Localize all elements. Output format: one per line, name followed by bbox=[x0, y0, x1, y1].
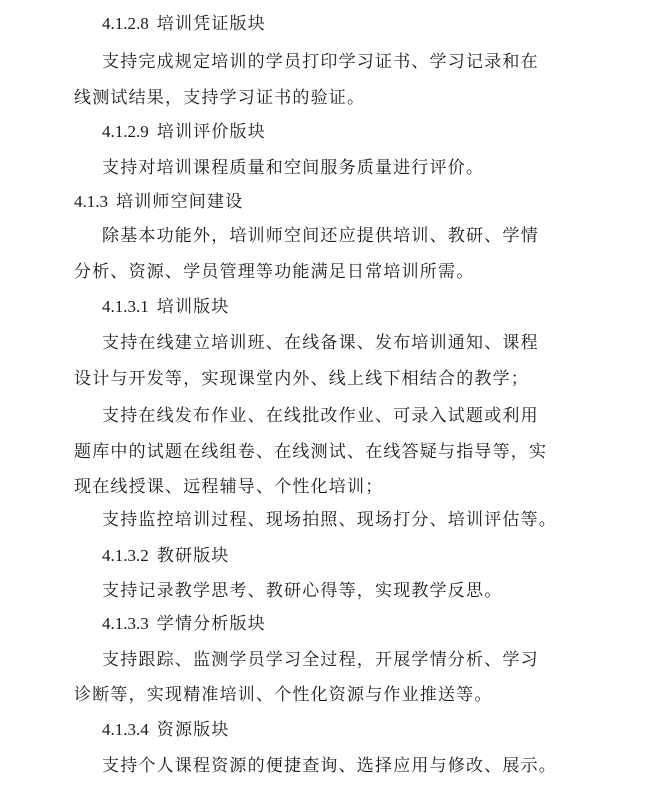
section-heading-4-1-3-4: 4.1.3.4资源版块 bbox=[102, 720, 230, 740]
document-page: 4.1.2.8培训凭证版块 支持完成规定培训的学员打印学习证书、学习记录和在 线… bbox=[0, 0, 655, 786]
paragraph-line: 支持对培训课程质量和空间服务质量进行评价。 bbox=[102, 158, 484, 178]
paragraph-line: 支持在线建立培训班、在线备课、发布培训通知、课程 bbox=[102, 333, 539, 353]
paragraph-line: 现在线授课、远程辅导、个性化培训； bbox=[74, 477, 383, 497]
paragraph-line: 诊断等，实现精准培训、个性化资源与作业推送等。 bbox=[74, 685, 493, 705]
paragraph-line: 支持监控培训过程、现场拍照、现场打分、培训评估等。 bbox=[102, 510, 557, 530]
section-title: 教研版块 bbox=[157, 546, 230, 566]
section-title: 培训版块 bbox=[157, 297, 230, 317]
section-number: 4.1.2.8 bbox=[102, 14, 149, 33]
section-title: 培训凭证版块 bbox=[157, 14, 266, 34]
section-title: 资源版块 bbox=[157, 720, 230, 740]
paragraph-line: 设计与开发等，实现课堂内外、线上线下相结合的教学； bbox=[74, 369, 529, 389]
section-heading-4-1-2-9: 4.1.2.9培训评价版块 bbox=[102, 122, 266, 142]
section-number: 4.1.3.4 bbox=[102, 720, 149, 739]
paragraph-line: 支持跟踪、监测学员学习全过程，开展学情分析、学习 bbox=[102, 650, 539, 670]
section-heading-4-1-2-8: 4.1.2.8培训凭证版块 bbox=[102, 14, 266, 34]
section-title: 培训评价版块 bbox=[157, 122, 266, 142]
paragraph-line: 分析、资源、学员管理等功能满足日常培训所需。 bbox=[74, 262, 474, 282]
paragraph-line: 支持在线发布作业、在线批改作业、可录入试题或利用 bbox=[102, 406, 539, 426]
section-title: 学情分析版块 bbox=[157, 614, 266, 634]
paragraph-line: 题库中的试题在线组卷、在线测试、在线答疑与指导等，实 bbox=[74, 442, 547, 462]
paragraph-line: 支持个人课程资源的便捷查询、选择应用与修改、展示。 bbox=[102, 756, 557, 776]
section-number: 4.1.3 bbox=[74, 192, 108, 211]
paragraph-line: 支持记录教学思考、教研心得等，实现教学反思。 bbox=[102, 581, 502, 601]
paragraph-line: 支持完成规定培训的学员打印学习证书、学习记录和在 bbox=[102, 52, 539, 72]
section-number: 4.1.2.9 bbox=[102, 122, 149, 141]
paragraph-line: 除基本功能外，培训师空间还应提供培训、教研、学情 bbox=[102, 226, 539, 246]
paragraph-line: 线测试结果，支持学习证书的验证。 bbox=[74, 88, 365, 108]
section-heading-4-1-3-1: 4.1.3.1培训版块 bbox=[102, 297, 230, 317]
section-number: 4.1.3.3 bbox=[102, 614, 149, 633]
section-heading-4-1-3: 4.1.3培训师空间建设 bbox=[74, 192, 243, 212]
section-number: 4.1.3.2 bbox=[102, 546, 149, 565]
section-heading-4-1-3-3: 4.1.3.3学情分析版块 bbox=[102, 614, 266, 634]
section-heading-4-1-3-2: 4.1.3.2教研版块 bbox=[102, 546, 230, 566]
section-title: 培训师空间建设 bbox=[116, 192, 243, 212]
section-number: 4.1.3.1 bbox=[102, 297, 149, 316]
